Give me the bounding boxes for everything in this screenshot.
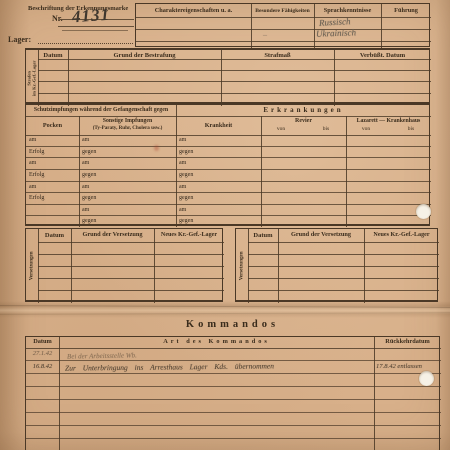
- cell-revier: [261, 147, 346, 158]
- side-label-text: Versetzungen: [239, 252, 245, 281]
- cell-pocken: am: [26, 135, 79, 146]
- entry-datum: 16.8.42: [26, 361, 59, 373]
- language-entry-2: Ukrainisch: [316, 27, 356, 38]
- divider: [136, 17, 431, 18]
- divider: [38, 278, 224, 279]
- char-header: Charaktereigenschaften u. a.: [136, 8, 251, 15]
- entry-art: [59, 374, 374, 386]
- revier-von-label: von: [266, 126, 296, 132]
- table-row: [26, 439, 441, 450]
- kommandos-table: Datum Art des Kommandos Rückkehrdatum 27…: [25, 336, 440, 450]
- cell-pocken: Erfolg: [26, 193, 79, 204]
- cell-revier: [261, 158, 346, 169]
- entry-datum: [26, 374, 59, 386]
- cell-pocken: [26, 216, 79, 227]
- entry-rueckkehr: [374, 400, 441, 412]
- table-row: 27.1.42 Bei der Arbeitsstelle Wb.: [26, 348, 441, 361]
- cell-sonstige: am: [79, 135, 176, 146]
- vaccination-rows: am am am Erfolg gegen gegen am am am: [26, 135, 431, 227]
- table-row: [26, 400, 441, 413]
- cell-krankheit: gegen: [176, 170, 261, 181]
- strike-line: [58, 26, 134, 27]
- table-row: am am am: [26, 135, 431, 147]
- cell-pocken: am: [26, 182, 79, 193]
- entry-art: [59, 439, 374, 450]
- punishments-side-label: Strafen im Kr.-Gef.-Lager: [26, 50, 38, 106]
- cell-krankheit: am: [176, 158, 261, 169]
- divider: [38, 59, 431, 60]
- vaccinations-illnesses-table: Schutzimpfungen während der Gefangenscha…: [25, 104, 430, 226]
- datum-header: Datum: [38, 52, 68, 59]
- grund-versetzung-header: Grund der Versetzung: [71, 232, 154, 239]
- verbuesst-header: Verbüßt. Datum: [334, 52, 431, 59]
- cell-sonstige: gegen: [79, 216, 176, 227]
- divider: [38, 81, 431, 82]
- fuehrung-header: Führung: [381, 8, 431, 15]
- lazarett-header: Lazarett — Krankenhaus: [346, 118, 431, 124]
- pocken-header: Pocken: [26, 123, 79, 130]
- kommandos-title: Kommandos: [25, 319, 440, 331]
- table-row: Erfolg gegen gegen: [26, 147, 431, 159]
- art-kommandos-header: Art des Kommandos: [59, 339, 374, 346]
- entry-rueckkehr: [374, 348, 441, 360]
- entry-rueckkehr: [374, 413, 441, 425]
- lager-label: Lager:: [8, 36, 31, 45]
- datum-header: Datum: [26, 339, 59, 346]
- divider: [38, 93, 431, 94]
- table-row: Erfolg gegen gegen: [26, 193, 431, 205]
- entry-art: Zur Unterbringung ins Arresthaus Lager K…: [59, 359, 374, 374]
- cell-pocken: Erfolg: [26, 147, 79, 158]
- cell-revier: [261, 205, 346, 216]
- divider: [38, 254, 224, 255]
- cell-krankheit: gegen: [176, 147, 261, 158]
- lazarett-bis-label: bis: [396, 126, 426, 132]
- divider: [38, 70, 431, 71]
- language-entry-1: Russisch: [319, 16, 351, 28]
- lazarett-von-label: von: [351, 126, 381, 132]
- strike-line: [62, 30, 128, 31]
- punishments-table: Strafen im Kr.-Gef.-Lager Datum Grund de…: [25, 48, 430, 104]
- cell-sonstige: gegen: [79, 193, 176, 204]
- divider: [136, 29, 431, 30]
- cell-krankheit: am: [176, 205, 261, 216]
- divider: [248, 254, 439, 255]
- transfers-table-right: Versetzungen Datum Grund der Versetzung …: [235, 228, 438, 302]
- cell-lazarett: [346, 193, 431, 204]
- transfers-side-label: Versetzungen: [26, 229, 38, 303]
- entry-datum: 27.1.42: [26, 348, 59, 360]
- side-label-line2: im Kr.-Gef.-Lager: [32, 60, 37, 96]
- cell-lazarett: [346, 158, 431, 169]
- sprachen-header: Sprachkenntnisse: [314, 8, 381, 15]
- cell-revier: [261, 182, 346, 193]
- table-row: [26, 374, 441, 387]
- divider: [248, 266, 439, 267]
- krankheit-header: Krankheit: [176, 123, 261, 130]
- cell-lazarett: [346, 170, 431, 181]
- entry-art: [59, 387, 374, 399]
- divider: [248, 278, 439, 279]
- datum-header: Datum: [38, 232, 71, 239]
- cell-pocken: Erfolg: [26, 170, 79, 181]
- entry-rueckkehr: [374, 387, 441, 399]
- fuehrung-mark: –: [263, 30, 267, 39]
- rueckkehrdatum-header: Rückkehrdatum: [374, 339, 441, 346]
- cell-krankheit: am: [176, 182, 261, 193]
- punch-hole: [416, 204, 431, 219]
- revier-header: Revier: [261, 118, 346, 125]
- datum-header: Datum: [248, 232, 278, 239]
- table-row: gegen gegen: [26, 216, 431, 227]
- cell-sonstige: gegen: [79, 147, 176, 158]
- cell-lazarett: [346, 147, 431, 158]
- side-label-text: Versetzungen: [29, 252, 35, 281]
- punch-hole: [419, 371, 434, 386]
- table-row: [26, 413, 441, 426]
- divider: [38, 290, 224, 291]
- divider: [136, 41, 431, 42]
- cell-revier: [261, 193, 346, 204]
- entry-art: [59, 426, 374, 438]
- lager-dotted-line: [38, 36, 133, 44]
- grund-versetzung-header: Grund der Versetzung: [278, 232, 364, 239]
- table-row: [26, 426, 441, 439]
- fold-crease: [0, 301, 450, 318]
- divider: [26, 116, 431, 117]
- entry-datum: [26, 400, 59, 412]
- cell-sonstige: am: [79, 205, 176, 216]
- entry-rueckkehr: 17.8.42 entlassen: [374, 361, 441, 373]
- sonstige-header: Sonstige Impfungen: [79, 118, 176, 124]
- cell-revier: [261, 216, 346, 227]
- divider: [38, 266, 224, 267]
- entry-rueckkehr: [374, 439, 441, 450]
- cell-krankheit: gegen: [176, 216, 261, 227]
- cell-sonstige: am: [79, 158, 176, 169]
- table-row: am am am: [26, 182, 431, 194]
- grund-bestrafung-header: Grund der Bestrafung: [68, 52, 221, 59]
- cell-lazarett: [346, 135, 431, 146]
- revier-bis-label: bis: [311, 126, 341, 132]
- cell-lazarett: [346, 216, 431, 227]
- traits-grid: Charaktereigenschaften u. a. Besondere F…: [135, 3, 430, 47]
- sonstige-subheader: (Ty-Paraty, Ruhr, Cholera usw.): [79, 126, 176, 132]
- cell-sonstige: gegen: [79, 170, 176, 181]
- divider: [248, 290, 439, 291]
- table-row: am am am: [26, 158, 431, 170]
- table-row: Erfolg gegen gegen: [26, 170, 431, 182]
- table-row: 16.8.42 Zur Unterbringung ins Arresthaus…: [26, 361, 441, 374]
- cell-revier: [261, 170, 346, 181]
- entry-datum: [26, 387, 59, 399]
- entry-art: [59, 413, 374, 425]
- cell-pocken: [26, 205, 79, 216]
- entry-datum: [26, 413, 59, 425]
- entry-datum: [26, 426, 59, 438]
- cell-sonstige: am: [79, 182, 176, 193]
- neues-lager-header: Neues Kr.-Gef.-Lager: [364, 232, 439, 239]
- cell-lazarett: [346, 182, 431, 193]
- schutzimpfungen-header: Schutzimpfungen während der Gefangenscha…: [28, 107, 174, 113]
- kommandos-rows: 27.1.42 Bei der Arbeitsstelle Wb. 16.8.4…: [26, 348, 441, 450]
- cell-pocken: am: [26, 158, 79, 169]
- erkrankungen-header: Erkrankungen: [176, 107, 431, 115]
- neues-lager-header: Neues Kr.-Gef.-Lager: [154, 232, 224, 239]
- table-row: [26, 387, 441, 400]
- ink-stain: [154, 145, 159, 151]
- cell-krankheit: gegen: [176, 193, 261, 204]
- entry-datum: [26, 439, 59, 450]
- divider: [38, 242, 224, 243]
- pow-record-card: Beschriftung der Erkennungsmarke Nr. 413…: [0, 0, 450, 450]
- strafmass-header: Strafmaß: [221, 52, 334, 59]
- divider: [248, 242, 439, 243]
- entry-art: [59, 400, 374, 412]
- cell-revier: [261, 135, 346, 146]
- faehigkeiten-header: Besondere Fähigkeiten: [251, 8, 314, 14]
- entry-rueckkehr: [374, 426, 441, 438]
- transfers-table-left: Versetzungen Datum Grund der Versetzung …: [25, 228, 223, 302]
- transfers-side-label: Versetzungen: [236, 229, 248, 303]
- table-row: am am: [26, 205, 431, 217]
- tag-number-handwritten: 4131: [71, 5, 110, 28]
- cell-krankheit: am: [176, 135, 261, 146]
